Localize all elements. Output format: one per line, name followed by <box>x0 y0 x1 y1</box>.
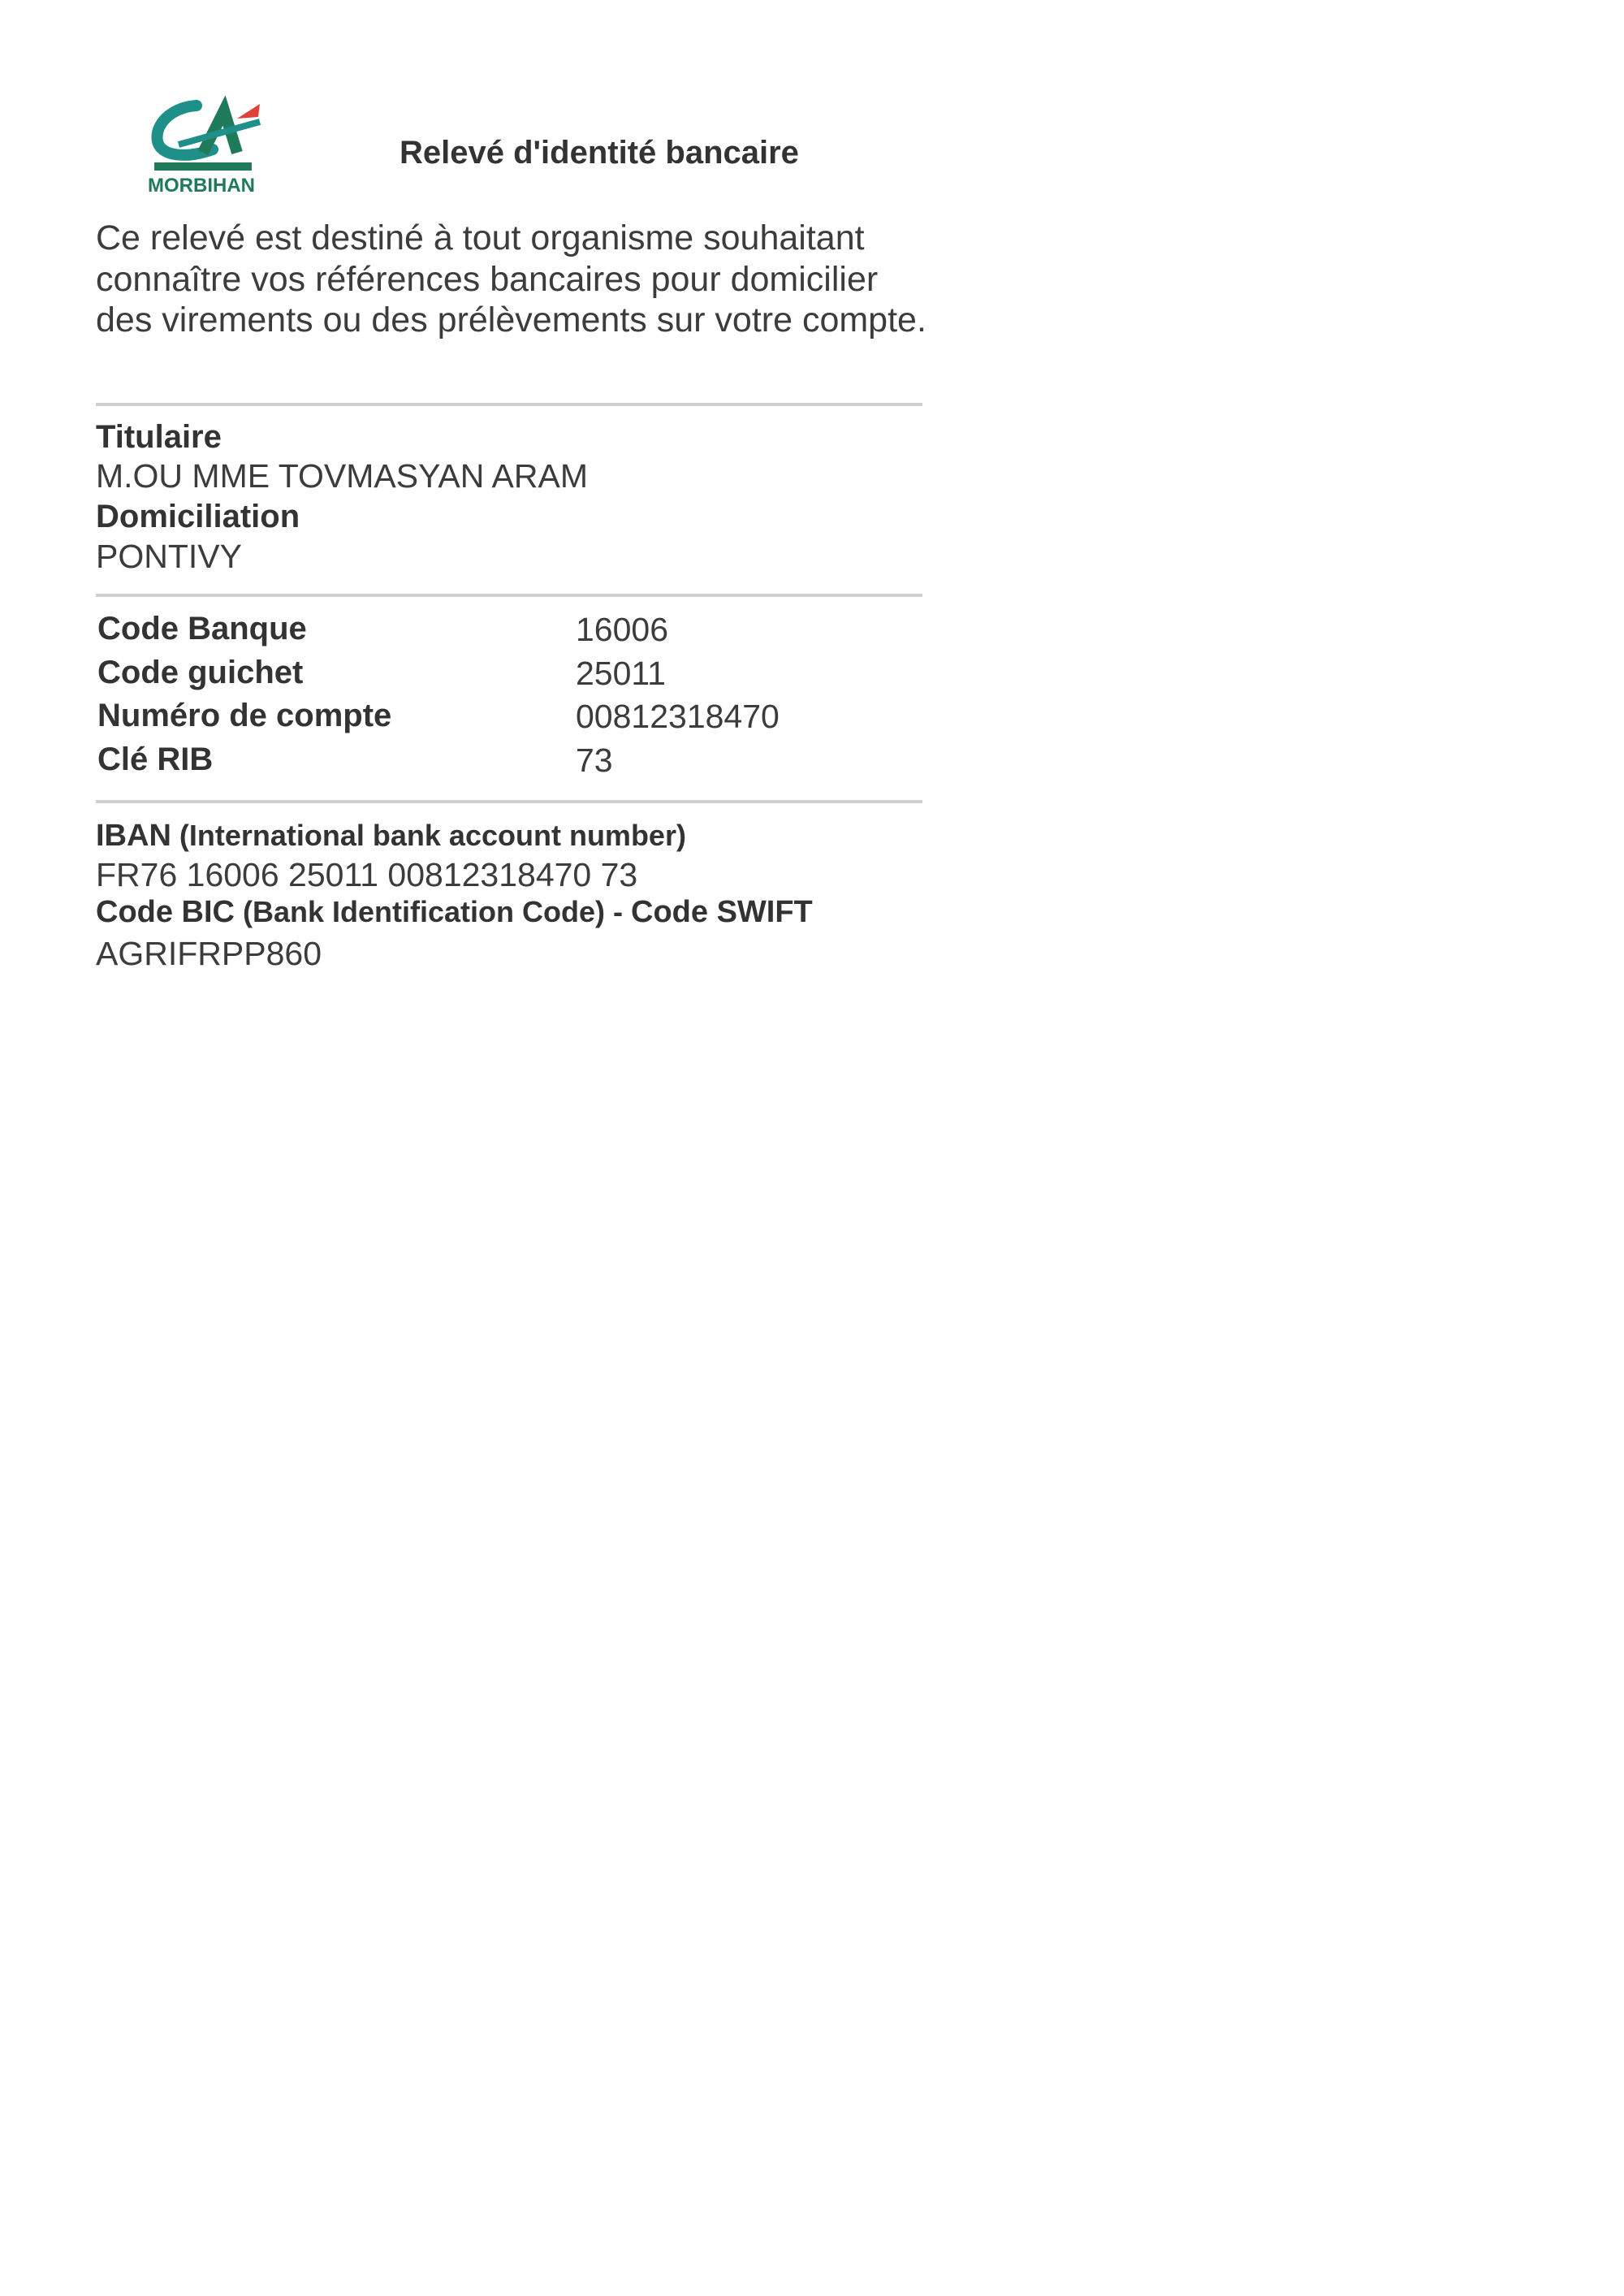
bic-label-desc: (Bank Identification Code) - <box>235 895 631 928</box>
rib-value: 16006 <box>576 611 668 649</box>
titulaire-value: M.OU MME TOVMASYAN ARAM <box>96 457 588 495</box>
page-title: Relevé d'identité bancaire <box>400 135 799 171</box>
bic-value: AGRIFRPP860 <box>96 935 322 973</box>
rib-label: Code Banque <box>97 611 307 647</box>
iban-label-desc: (International bank account number) <box>171 819 686 852</box>
iban-value: FR76 16006 25011 00812318470 73 <box>96 856 637 894</box>
iban-label-bold: IBAN <box>96 819 171 853</box>
credit-agricole-logo: MORBIHAN <box>146 96 280 197</box>
domiciliation-value: PONTIVY <box>96 538 242 576</box>
rib-label: Code guichet <box>97 655 303 691</box>
rib-value: 73 <box>576 742 613 780</box>
divider <box>96 800 922 803</box>
rib-value: 25011 <box>576 655 666 693</box>
iban-label: IBAN (International bank account number) <box>96 819 686 854</box>
divider <box>96 403 922 406</box>
rib-label: Numéro de compte <box>97 698 391 734</box>
rib-value: 00812318470 <box>576 698 780 736</box>
domiciliation-label: Domiciliation <box>96 499 300 535</box>
swift-label: Code SWIFT <box>631 895 813 929</box>
divider <box>96 594 922 597</box>
titulaire-label: Titulaire <box>96 419 222 456</box>
bic-label: Code BIC (Bank Identification Code) - Co… <box>96 895 813 930</box>
rib-label: Clé RIB <box>97 742 213 778</box>
svg-text:MORBIHAN: MORBIHAN <box>148 175 255 197</box>
intro-text: Ce relevé est destiné à tout organisme s… <box>96 218 932 341</box>
bic-label-bold: Code BIC <box>96 895 235 929</box>
